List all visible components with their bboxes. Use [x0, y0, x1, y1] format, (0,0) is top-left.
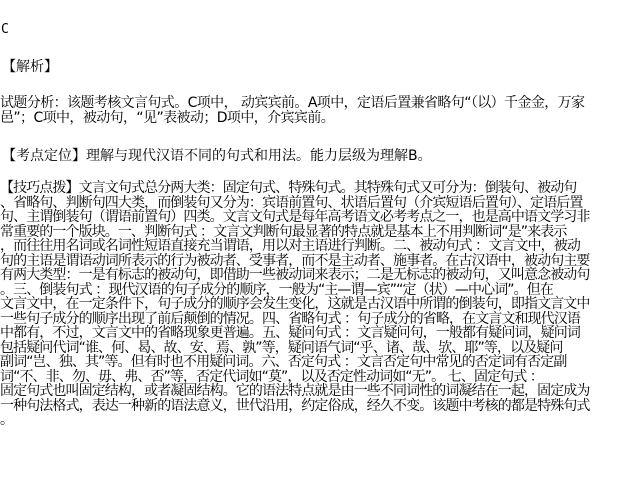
tips-line: 、省略句、判断句四大类，而倒装句又分为：宾语前置句、状语后置句（介宾短语后置句）…: [0, 196, 630, 211]
tips-line: 词“不、非、勿、毋、弗、否”等，否定代词如“莫”，以及否定性动词如“无”。 七、…: [0, 370, 630, 385]
tips-line: 文言文中，在一定条件下，句子成分的顺序会发生变化，这就是古汉语中所谓的倒装句，即…: [0, 297, 630, 312]
kaodian-block: 【考点定位】理解与现代汉语不同的句式和用法。能力层级为理解B。: [2, 148, 432, 164]
tips-line: 。三、倒装句式 ：现代汉语的句子成分的顺序，一般为“主—谓—宾”“定（状）—中心…: [0, 283, 630, 298]
tips-line: 【技巧点拨】文言文句式总分两大类：固定句式、特殊句式。其特殊句式又可分为：倒装句…: [0, 181, 630, 196]
tips-line: 常重要的一个版块。一、判断句式 ：文言文判断句最显著的特点就是基本上不用判断词“…: [0, 225, 630, 240]
tips-line: 一些句子成分的顺序出现了前后颠倒的情况。四、省略句式 ：句子成分的省略，在文言文…: [0, 312, 630, 327]
analysis-heading: 【解析】: [2, 59, 58, 75]
tips-line: 有两大类型：一是有标志的被动句，即借助一些被动词来表示；二是无标志的被动句，又叫…: [0, 268, 630, 283]
tips-line: 句、主谓倒装句（谓语前置句）四类。文言文句式是每年高考语文必考考点之一，也是高中…: [0, 210, 630, 225]
tips-heading: 【技巧点拨】: [0, 180, 79, 196]
kaodian-heading: 【考点定位】: [2, 148, 86, 164]
tips-line-text: 文言文句式总分两大类：固定句式、特殊句式。其特殊句式又可分为：倒装句、被动句: [79, 180, 577, 196]
tips-line: 一种句法格式，表达一种新的语法意义，世代沿用，约定俗成，经久不变。该题中考核的都…: [0, 399, 630, 414]
tips-line: 中都有，不过，文言文中的省略现象更普遍。五、疑问句式 ：文言疑问句，一般都有疑问…: [0, 326, 630, 341]
analysis-paragraph: 试题分析：该题考核文言句式。C项中， 动宾宾前。A项中，定语后置兼省略句“（以）…: [0, 96, 630, 126]
kaodian-text: 理解与现代汉语不同的句式和用法。能力层级为理解B。: [86, 148, 432, 164]
tips-paragraph: 【技巧点拨】文言文句式总分两大类：固定句式、特殊句式。其特殊句式又可分为：倒装句…: [0, 181, 630, 428]
analysis-line: 试题分析：该题考核文言句式。C项中， 动宾宾前。A项中，定语后置兼省略句“（以）…: [0, 96, 630, 111]
tips-line: 句的主语是谓语动词所表示的行为被动者、受事者，而不是主动者、施事者。在古汉语中，…: [0, 254, 630, 269]
tips-line: 副词“岂、独、其”等。但有时也不用疑问词。六、否定句式 ：文言否定句中常见的否定…: [0, 355, 630, 370]
tips-line: 包括疑问代词“谁、何、曷、故、安、焉、孰”等，疑问语气词“乎、诸、哉、欤、耶”等…: [0, 341, 630, 356]
tips-line: 。: [0, 413, 630, 428]
tips-line: 固定句式也叫固定结构，或者凝固结构。它的语法特点就是由一些不同词性的词凝结在一起…: [0, 384, 630, 399]
answer-letter: C: [1, 22, 9, 38]
analysis-line: 邑”；C项中，被动句，“见”表被动；D项中，介宾宾前。: [0, 111, 630, 126]
tips-line: ，而往往用名词或名词性短语直接充当谓语，用以对主语进行判断。二、被动句式 ：文言…: [0, 239, 630, 254]
